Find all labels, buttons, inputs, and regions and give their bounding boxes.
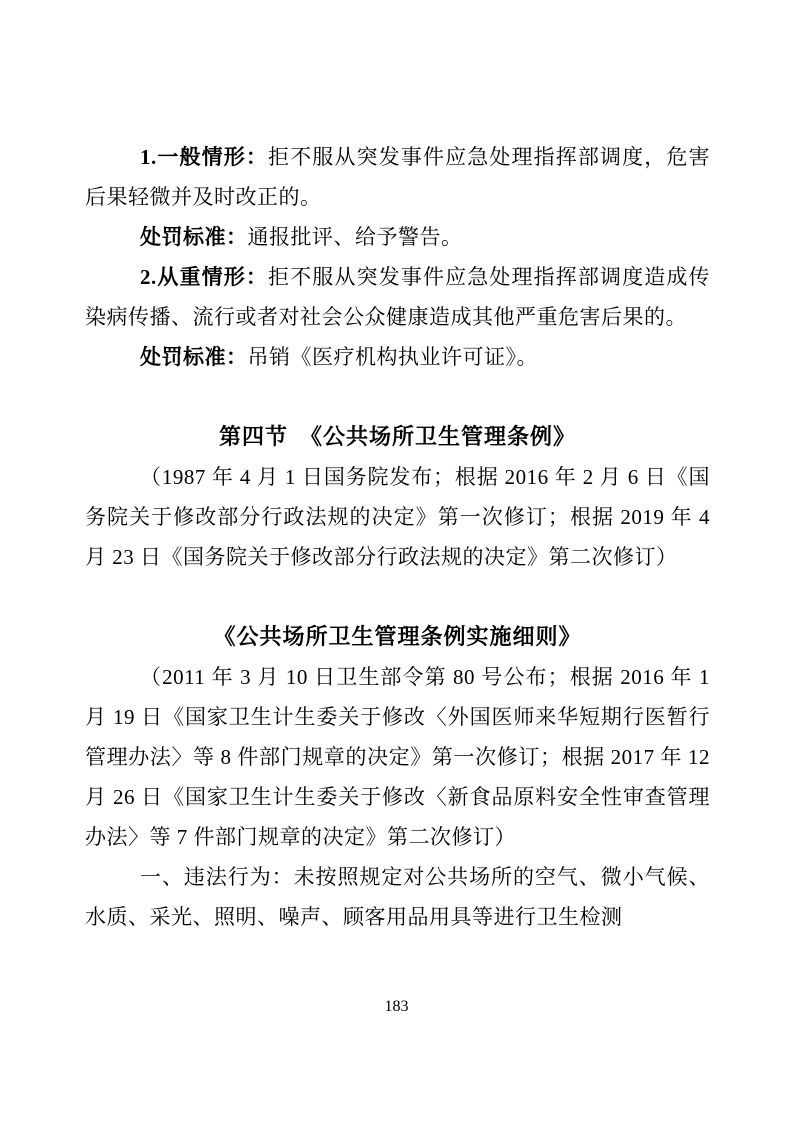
penalty-standard-1-label: 处罚标准： bbox=[140, 225, 248, 249]
page-number: 183 bbox=[0, 997, 793, 1017]
penalty-standard-2-text: 吊销《医疗机构执业许可证》。 bbox=[248, 345, 539, 369]
section4-promulgation-note: （1987 年 4 月 1 日国务院发布；根据 2016 年 2 月 6 日《国… bbox=[85, 457, 710, 577]
section4-heading: 第四节 《公共场所卫生管理条例》 bbox=[85, 417, 710, 457]
penalty-item-aggravated: 2.从重情形：拒不服从突发事件应急处理指挥部调度造成传染病传播、流行或者对社会公… bbox=[85, 257, 710, 337]
penalty-standard-1: 处罚标准：通报批评、给予警告。 bbox=[85, 217, 710, 257]
penalty-item-general: 1.一般情形：拒不服从突发事件应急处理指挥部调度，危害后果轻微并及时改正的。 bbox=[85, 137, 710, 217]
document-page: 1.一般情形：拒不服从突发事件应急处理指挥部调度，危害后果轻微并及时改正的。 处… bbox=[0, 0, 793, 1122]
violation-label: 一、违法行为： bbox=[140, 865, 294, 889]
penalty-standard-1-text: 通报批评、给予警告。 bbox=[248, 225, 463, 249]
implementation-rules-promulgation-note: （2011 年 3 月 10 日卫生部令第 80 号公布；根据 2016 年 1… bbox=[85, 657, 710, 857]
penalty-item-aggravated-label: 2.从重情形： bbox=[140, 265, 268, 289]
violation-paragraph: 一、违法行为：未按照规定对公共场所的空气、微小气候、水质、采光、照明、噪声、顾客… bbox=[85, 857, 710, 937]
implementation-rules-heading: 《公共场所卫生管理条例实施细则》 bbox=[85, 617, 710, 657]
penalty-standard-2: 处罚标准：吊销《医疗机构执业许可证》。 bbox=[85, 337, 710, 377]
penalty-item-general-label: 1.一般情形： bbox=[140, 145, 268, 169]
penalty-standard-2-label: 处罚标准： bbox=[140, 345, 248, 369]
